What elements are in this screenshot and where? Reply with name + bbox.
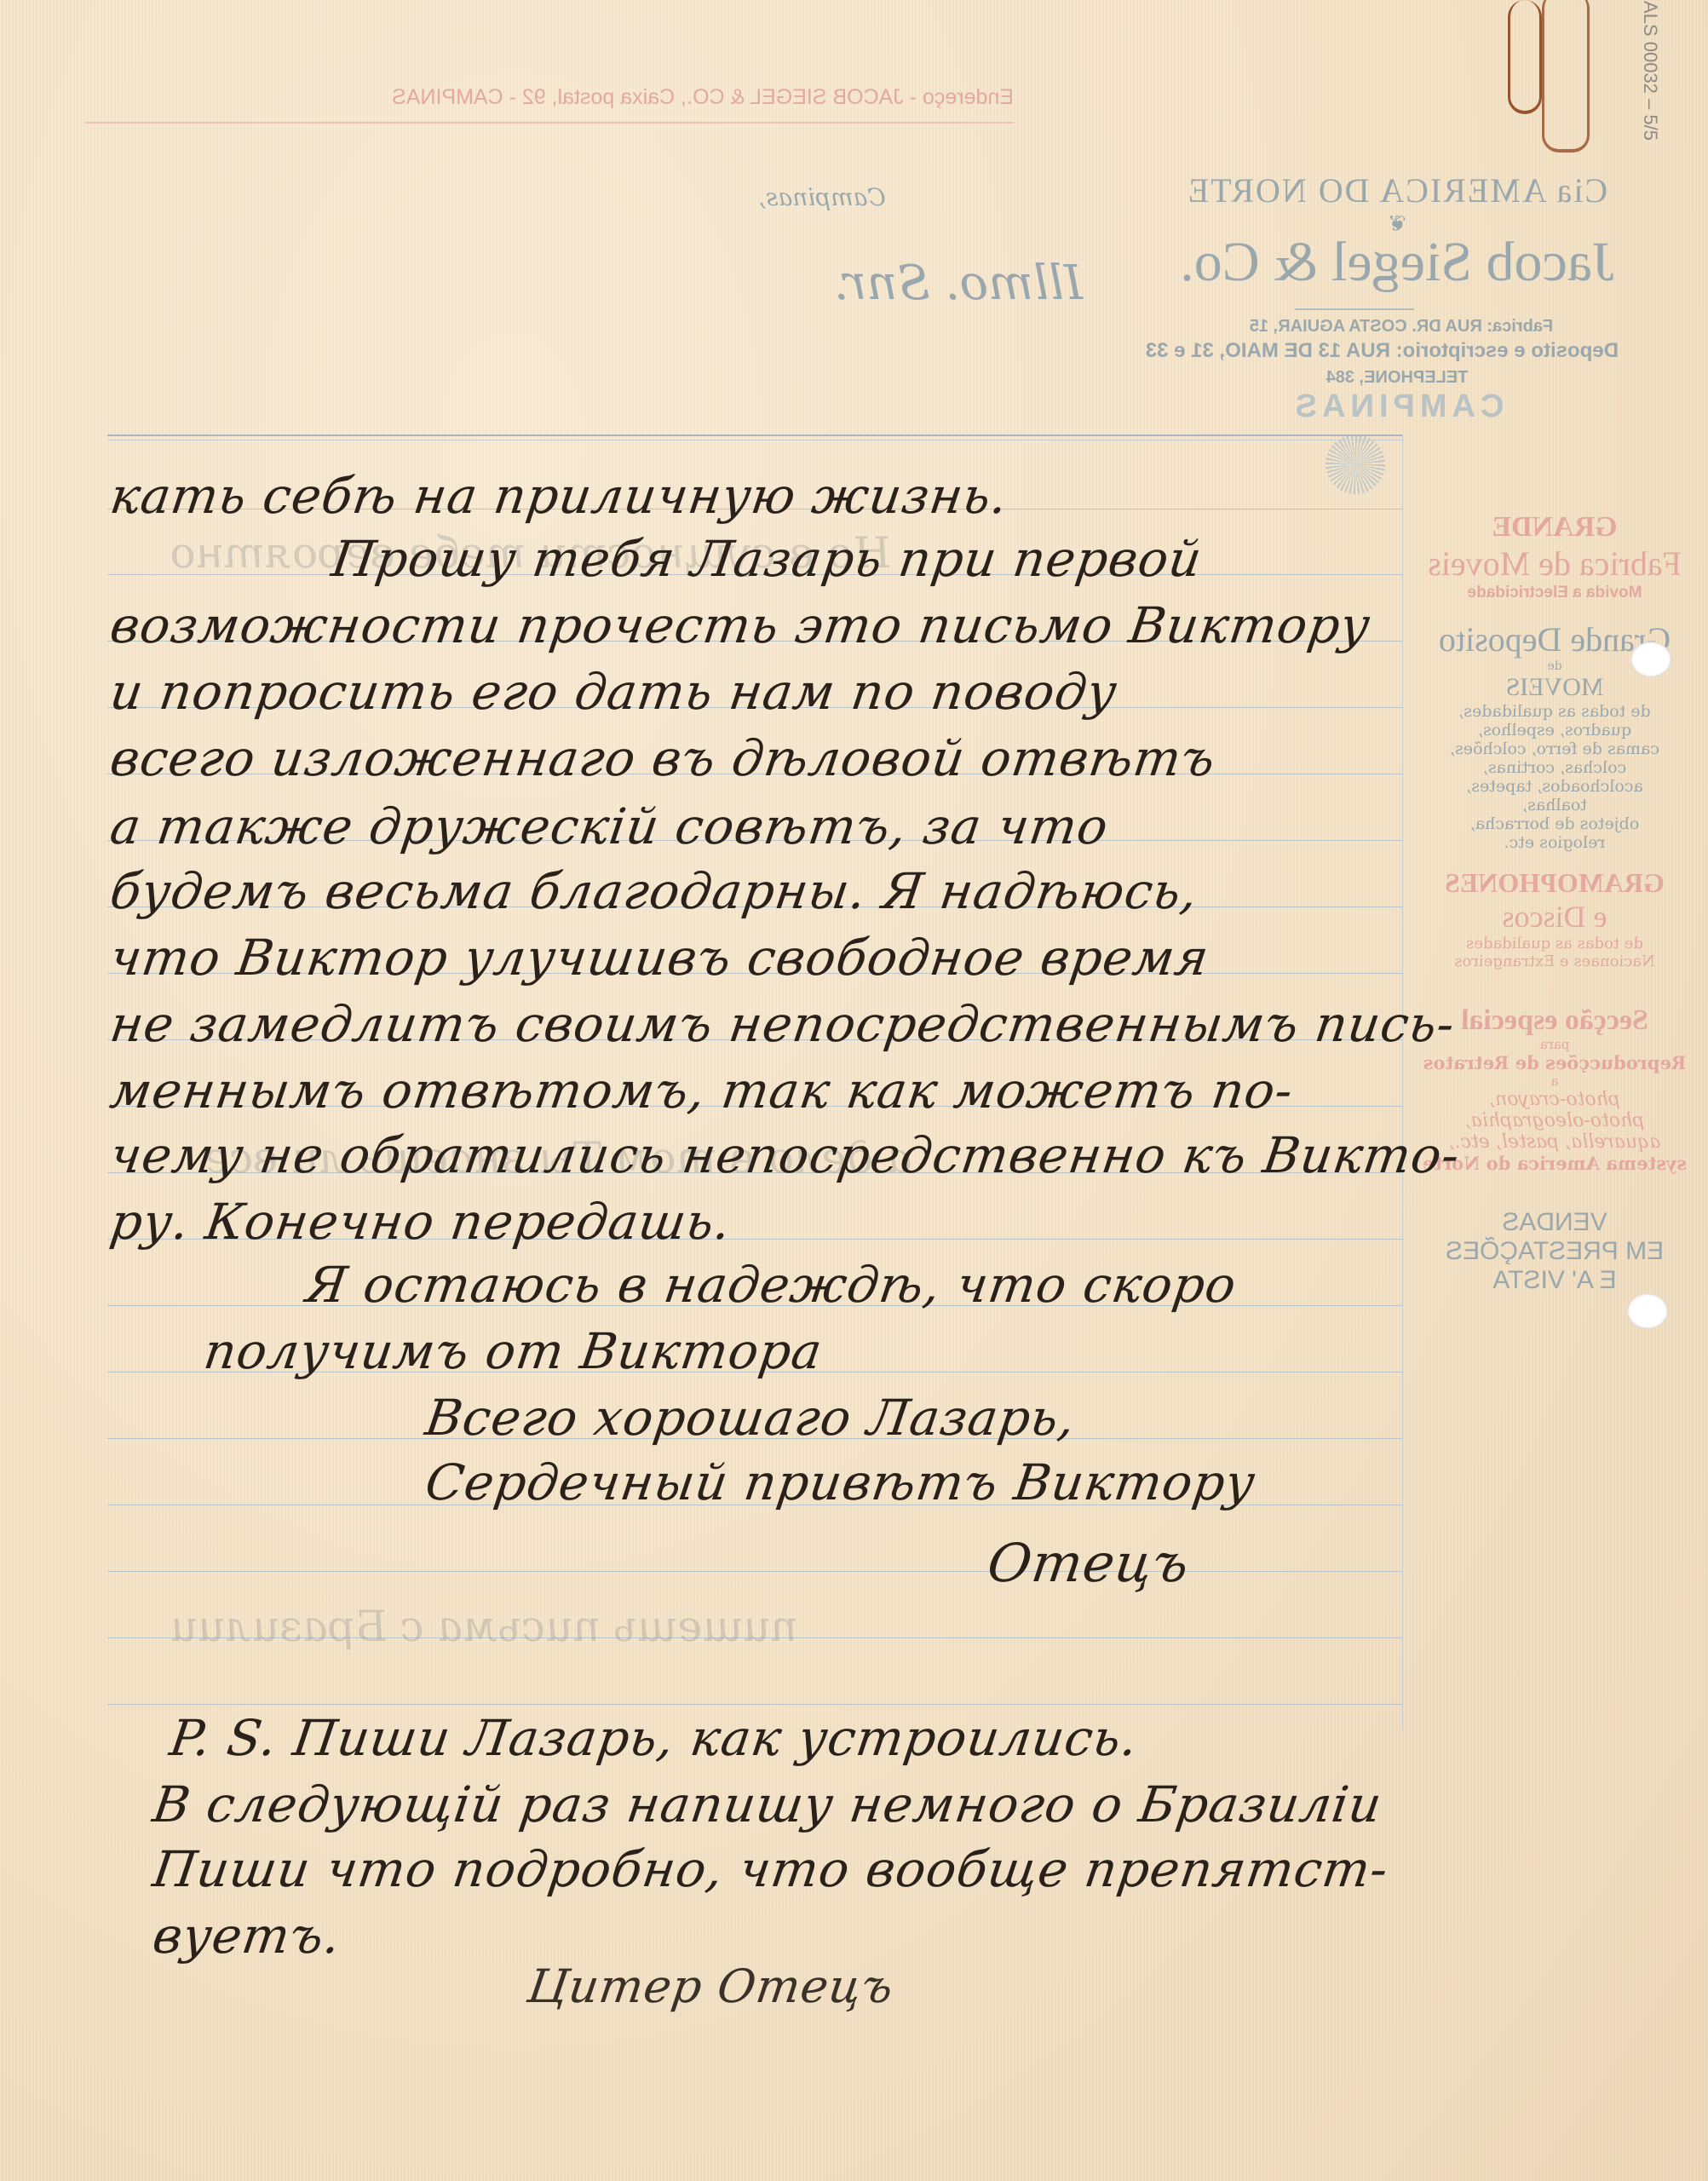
letter-line: что Виктор улучшивъ свободное время: [106, 929, 1212, 987]
letterhead-place-script: Campinas,: [750, 183, 894, 211]
letter-line: Прошу тебя Лазарь при первой: [328, 530, 1205, 588]
letterhead-factory-line: Fabrica: RUA DR. COSTA AGUIAR, 15: [1201, 317, 1602, 337]
side-text: Movida a Electricidade: [1414, 584, 1695, 602]
side-text: relogios etc.: [1414, 833, 1695, 852]
letterhead-city: CAMPINAS: [1244, 388, 1550, 425]
letter-signature: Отецъ: [984, 1532, 1193, 1594]
side-text: acolchoados, tapetes,: [1414, 777, 1695, 796]
letter-line: возможности прочесть это письмо Виктору: [106, 596, 1374, 654]
letter-line: Всего хорошаго Лазарь,: [422, 1389, 1079, 1447]
letter-line: не замедлитъ своимъ непосредственнымъ пи…: [106, 995, 1458, 1053]
letter-line: и попросить его дать нам по поводу: [106, 663, 1121, 721]
side-text: de todas as qualidades,: [1414, 702, 1695, 721]
side-text: Fabrica de Moveis: [1414, 544, 1695, 584]
letterhead-telephone-line: TELEPHONE, 384: [1261, 368, 1533, 388]
side-text: GRANDE: [1414, 511, 1695, 544]
letter-line: Я остаюсь в надеждѣ, что скоро: [302, 1256, 1240, 1314]
postscript-signature: Цитер Отецъ: [525, 1959, 898, 2013]
letter-line: всего изложеннаго въ дѣловой отвѣтъ: [106, 729, 1219, 787]
letter-line: получимъ от Виктора: [200, 1322, 826, 1380]
letterhead-divider: [1295, 308, 1414, 310]
side-text: MOVEIS: [1414, 673, 1695, 702]
postscript-line: Пиши что подробно, что вообще препятст-: [149, 1840, 1392, 1898]
letterhead-arc-text: Cia AMERICA DO NORTE: [1176, 170, 1619, 210]
paperclip-rust-stain: [1508, 0, 1542, 114]
reverse-side-ghost-writing: пишешь письма с Бразилии: [167, 1602, 802, 1651]
letter-line: кать себѣ на приличную жизнь.: [106, 467, 1012, 525]
side-text: Nacionaes e Extrangeiros: [1414, 952, 1695, 970]
postscript-line: В следующій раз напишу немного о Бразилі…: [149, 1775, 1385, 1833]
letterhead-company-name: Jacob Siegel & Co.: [1176, 230, 1619, 295]
letter-line: меннымъ отвѣтомъ, так как можетъ по-: [106, 1062, 1297, 1119]
side-text: quadros, espelhos,: [1414, 721, 1695, 739]
side-text: EM PRESTAÇÕES: [1414, 1237, 1695, 1266]
letter-line: будемъ весьма благодарны. Я надѣюсь,: [106, 862, 1202, 920]
side-text: de todas as qualidades: [1414, 935, 1695, 952]
letterhead-deposit-line: Deposito e escriptorio: RUA 13 DE MAIO, …: [1176, 339, 1619, 363]
side-text: colchas, cortinas,: [1414, 758, 1695, 777]
side-text: GRAMOPHONES: [1414, 867, 1695, 899]
side-text: E A' VISTA: [1414, 1266, 1695, 1295]
archive-mark: ALS 00032 – 5/5: [1639, 1, 1661, 141]
side-text: para: [1414, 1037, 1695, 1052]
paperclip-rust-stain: [1542, 0, 1590, 152]
letterhead-address-line: Endereço - JACOB SIEGEL & CO., Caixa pos…: [85, 85, 1014, 124]
side-text: photo-crayon,: [1414, 1089, 1695, 1110]
side-text: a: [1414, 1073, 1695, 1089]
letterhead-salutation-script: Illmo. Snr.: [818, 256, 1099, 311]
side-text: e Discos: [1414, 899, 1695, 935]
side-text: objetos de borracha,: [1414, 814, 1695, 833]
side-text: VENDAS: [1414, 1208, 1695, 1237]
side-text: toalhas,: [1414, 796, 1695, 814]
postscript-line: вуетъ.: [149, 1907, 344, 1965]
letter-line: ру. Конечно передашь.: [106, 1193, 735, 1251]
letter-line: Сердечный привѣтъ Виктору: [422, 1453, 1259, 1511]
side-text: Reproducções de Retratos: [1414, 1052, 1695, 1073]
postscript-line: P. S. Пиши Лазарь, как устроились.: [166, 1709, 1142, 1767]
letter-line: а также дружескій совѣтъ, за что: [106, 797, 1112, 855]
punched-hole: [1630, 642, 1671, 677]
side-text: camas de ferro, colchões,: [1414, 739, 1695, 758]
letter-line: чему не обратились непосредственно къ Ви…: [106, 1126, 1464, 1184]
punched-hole: [1627, 1293, 1668, 1329]
